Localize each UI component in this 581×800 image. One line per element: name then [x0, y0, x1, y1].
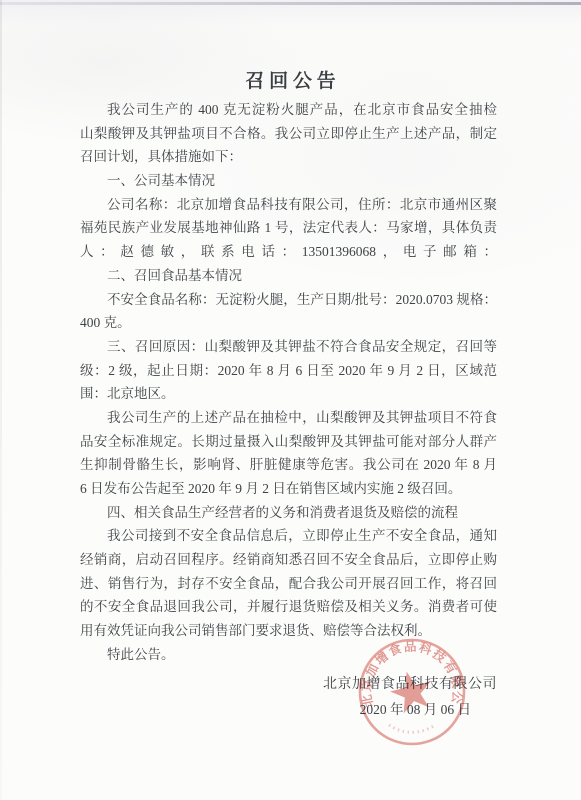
- doc-line: 围：北京地区。: [80, 382, 497, 406]
- doc-line: 人：赵德敏，联系电话：13501396068，电子邮箱：jiazeng18@16…: [80, 240, 497, 264]
- page-title: 召 回 公 告: [0, 70, 581, 94]
- doc-line: 我公司生产的 400 克无淀粉火腿产品，在北京市食品安全抽检中，: [80, 98, 497, 122]
- doc-line: 不安全食品名称：无淀粉火腿，生产日期/批号：2020.0703 规格：: [80, 288, 497, 312]
- doc-line: 400 克。: [80, 311, 497, 335]
- section-heading-1: 一、公司基本情况: [80, 169, 497, 193]
- scan-edge-artifact-left: [0, 0, 2, 800]
- document-body: 我公司生产的 400 克无淀粉火腿产品，在北京市食品安全抽检中， 山梨酸钾及其钾…: [80, 98, 497, 667]
- doc-line: 6 日发布公告起至 2020 年 9 月 2 日在销售区域内实施 2 级召回。: [80, 477, 497, 501]
- section-heading-2: 二、召回食品基本情况: [80, 264, 497, 288]
- doc-line: 福苑民族产业发展基地神仙路 1 号，法定代表人：马家增，具体负责: [80, 216, 497, 240]
- doc-line: 生抑制骨骼生长，影响肾、肝脏健康等危害。我公司在 2020 年 8 月: [80, 453, 497, 477]
- doc-line: 进、销售行为，封存不安全食品，配合我公司开展召回工作，将召回: [80, 572, 497, 596]
- doc-line: 我公司接到不安全食品信息后，立即停止生产不安全食品，通知: [80, 524, 497, 548]
- section-heading-4: 四、相关食品生产经营者的义务和消费者退货及赔偿的流程: [80, 501, 497, 525]
- doc-line: 山梨酸钾及其钾盐项目不合格。我公司立即停止生产上述产品，制定: [80, 122, 497, 146]
- section-heading-3: 三、召回原因：山梨酸钾及其钾盐不符合食品安全规定，召回等: [80, 335, 497, 359]
- signature-block: 北京加增食品科技有限公司 2020 年 08 月 06 日: [80, 673, 497, 722]
- seal-serial-marks: [389, 725, 435, 732]
- doc-line: 我公司生产的上述产品在抽检中，山梨酸钾及其钾盐项目不符食: [80, 406, 497, 430]
- closing-line: 特此公告。: [80, 643, 497, 667]
- scan-edge-artifact: [0, 2, 581, 5]
- signature-date: 2020 年 08 月 06 日: [80, 698, 471, 722]
- doc-line: 召回计划，具体措施如下：: [80, 145, 497, 169]
- recall-notice-document: 召 回 公 告 我公司生产的 400 克无淀粉火腿产品，在北京市食品安全抽检中，…: [0, 0, 581, 800]
- doc-line: 级：2 级，起止日期：2020 年 8 月 6 日至 2020 年 9 月 2 …: [80, 359, 497, 383]
- signature-company: 北京加增食品科技有限公司: [80, 673, 497, 697]
- doc-line: 用有效凭证向我公司销售部门要求退货、赔偿等合法权利。: [80, 619, 497, 643]
- doc-line: 品安全标准规定。长期过量摄入山梨酸钾及其钾盐可能对部分人群产: [80, 430, 497, 454]
- doc-line: 的不安全食品退回我公司，并履行退货赔偿及相关义务。消费者可使: [80, 595, 497, 619]
- doc-line: 公司名称：北京加增食品科技有限公司，住所：北京市通州区聚: [80, 193, 497, 217]
- doc-line: 经销商，启动召回程序。经销商知悉召回不安全食品后，立即停止购: [80, 548, 497, 572]
